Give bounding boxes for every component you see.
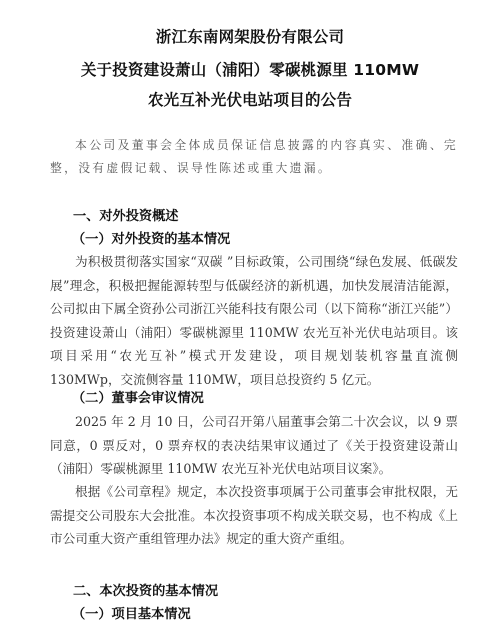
subsection-heading-1-1: （一）对外投资的基本情况 — [72, 228, 230, 247]
announcement-title-line1: 关于投资建设萧山（浦阳）零碳桃源里 110MW — [0, 58, 500, 80]
paragraph-approval-authority: 根据《公司章程》规定，本次投资事项属于公司董事会审批权限，无需提交公司股东大会批… — [50, 480, 458, 551]
paragraph-board-review: 2025 年 2 月 10 日，公司召开第八届董事会第二十次会议，以 9 票同意… — [50, 410, 458, 481]
subsection-heading-1-2: （二）董事会审议情况 — [72, 387, 204, 406]
company-name: 浙江东南网架股份有限公司 — [0, 25, 500, 47]
paragraph-investment-overview: 为积极贯彻落实国家“双碳 ”目标政策，公司围绕“绿色发展、低碳发展”理念，积极把… — [50, 250, 458, 391]
section-heading-2: 二、本次投资的基本情况 — [73, 580, 218, 599]
announcement-title-line2: 农光互补光伏电站项目的公告 — [0, 88, 500, 110]
announcement-page: 浙江东南网架股份有限公司 关于投资建设萧山（浦阳）零碳桃源里 110MW 农光互… — [0, 0, 500, 631]
subsection-heading-2-1: （一）项目基本情况 — [72, 603, 191, 622]
disclosure-statement: 本公司及董事会全体成员保证信息披露的内容真实、准确、完整，没有虚假记载、误导性陈… — [50, 134, 458, 179]
section-heading-1: 一、对外投资概述 — [73, 205, 179, 224]
